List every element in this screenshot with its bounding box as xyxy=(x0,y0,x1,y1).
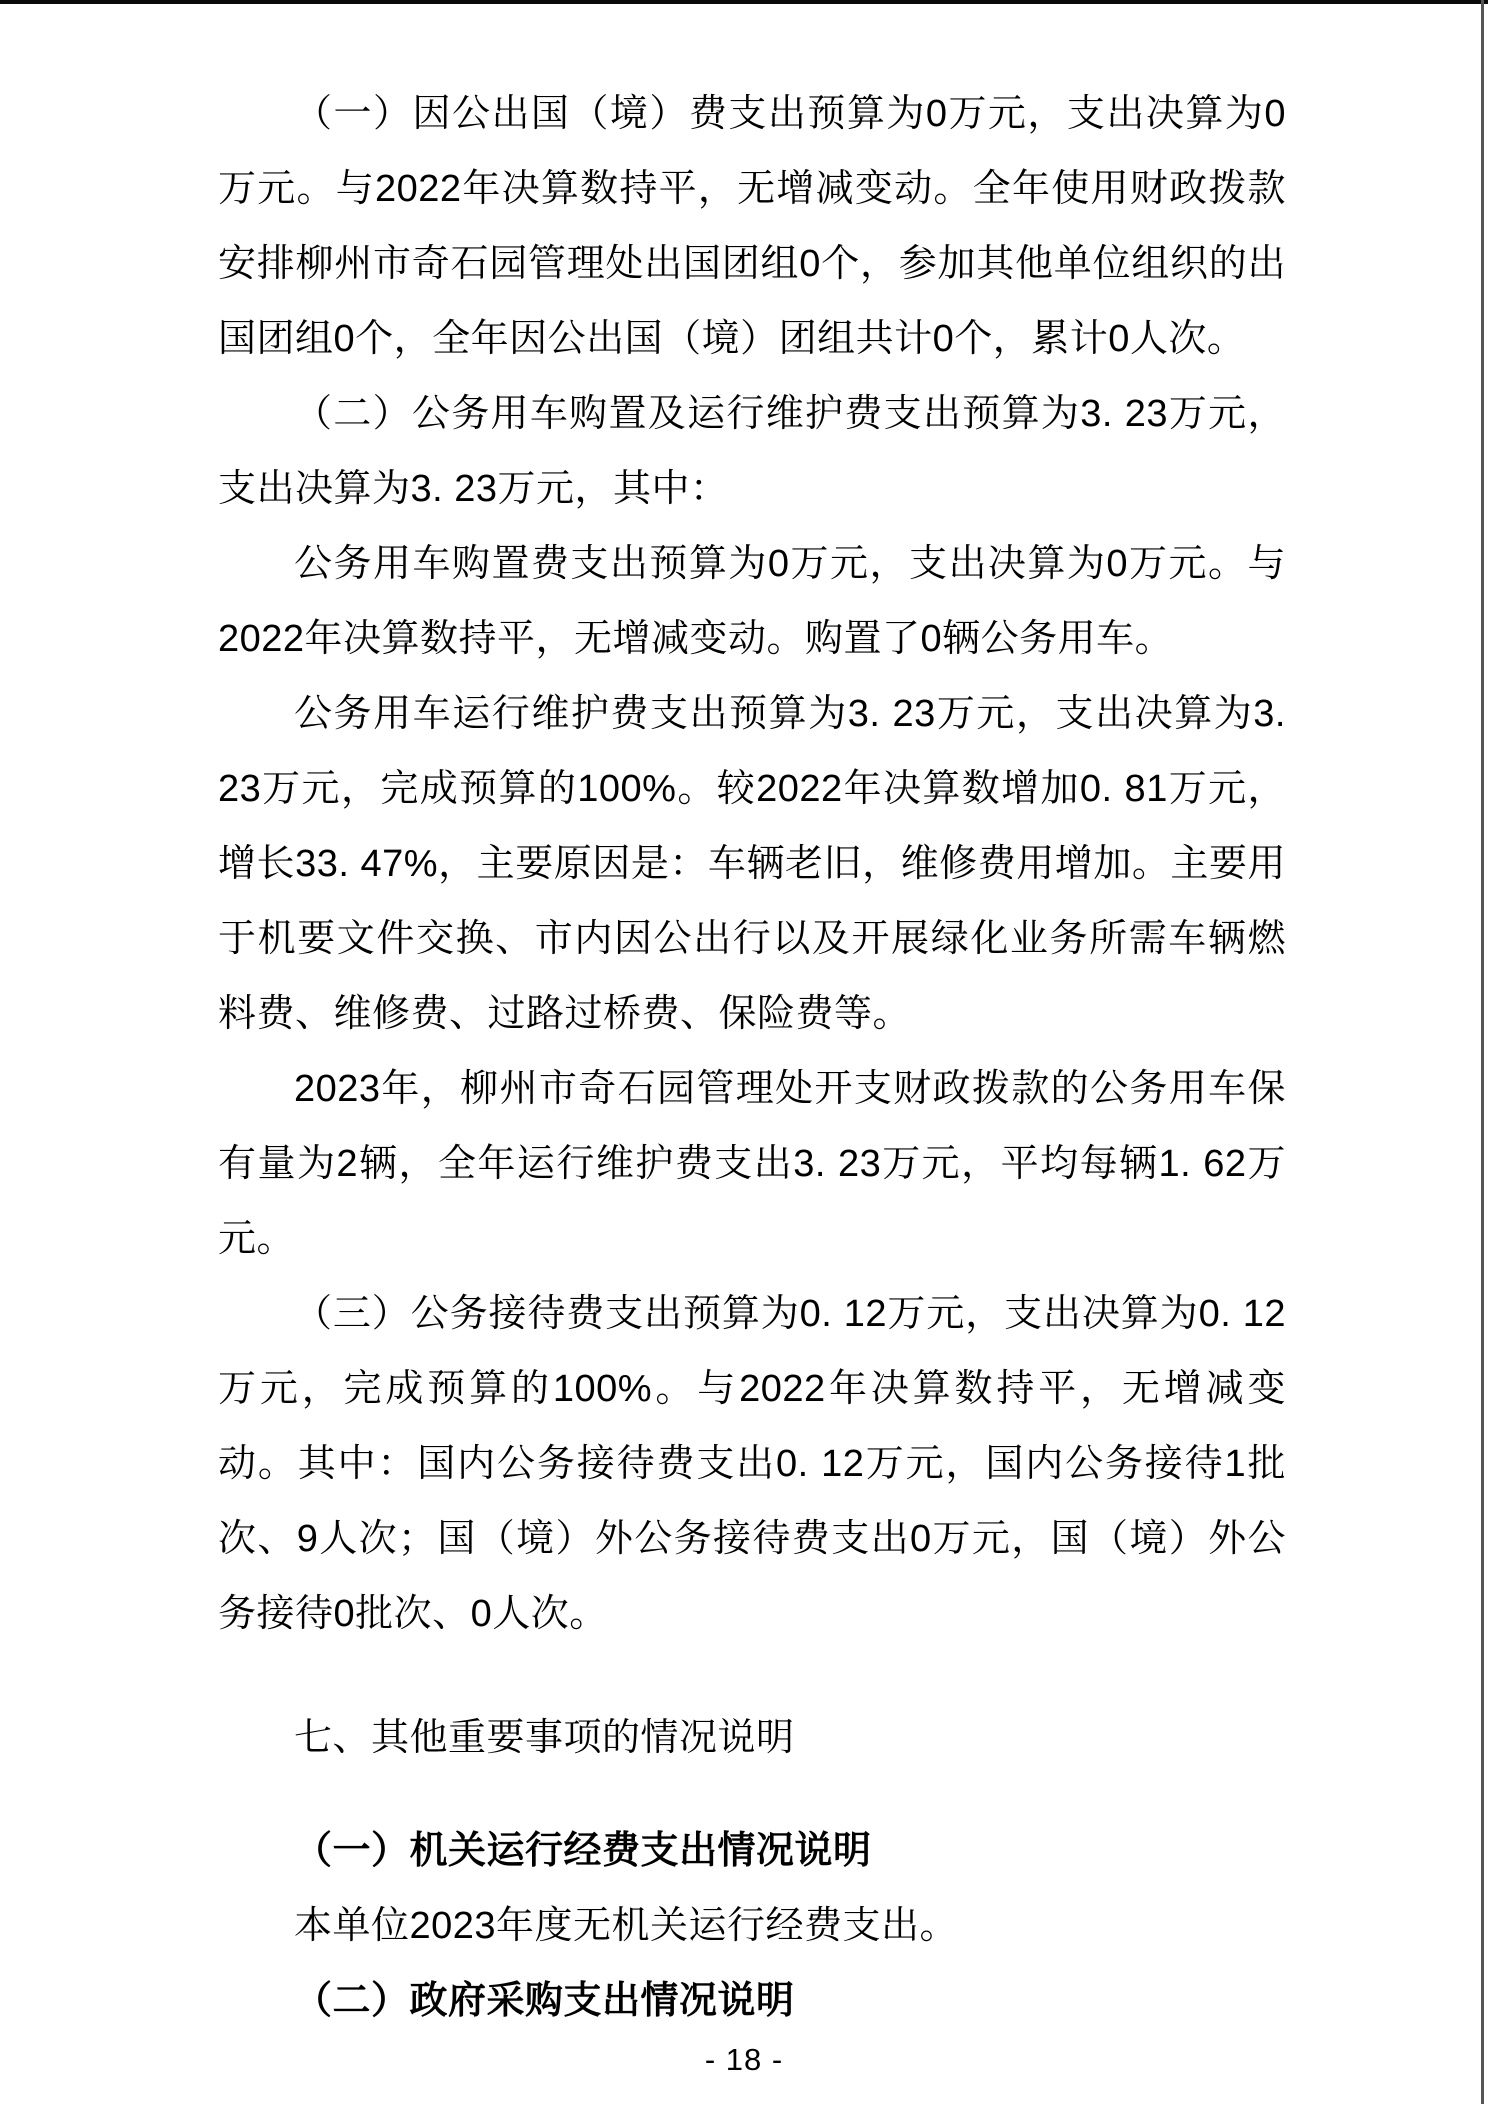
paragraph-vehicle-purchase-expense: 公务用车购置费支出预算为0万元，支出决算为0万元。与2022年决算数持平，无增减… xyxy=(218,527,1286,677)
paragraph-vehicle-maintenance-expense: 公务用车运行维护费支出预算为3. 23万元，支出决算为3. 23万元，完成预算的… xyxy=(218,677,1286,1052)
paragraph-official-vehicle-total: （二）公务用车购置及运行维护费支出预算为3. 23万元，支出决算为3. 23万元… xyxy=(218,377,1286,527)
scan-top-edge-artifact xyxy=(0,0,1488,4)
document-body: （一）因公出国（境）费支出预算为0万元，支出决算为0万元。与2022年决算数持平… xyxy=(218,77,1286,2039)
section-heading-other-important-matters: 七、其他重要事项的情况说明 xyxy=(218,1701,1286,1776)
paragraph-no-agency-operating-expense: 本单位2023年度无机关运行经费支出。 xyxy=(218,1889,1286,1964)
paragraph-overseas-travel-expense: （一）因公出国（境）费支出预算为0万元，支出决算为0万元。与2022年决算数持平… xyxy=(218,77,1286,377)
paragraph-official-reception-expense: （三）公务接待费支出预算为0. 12万元，支出决算为0. 12万元，完成预算的1… xyxy=(218,1277,1286,1652)
paragraph-vehicle-fleet-summary: 2023年，柳州市奇石园管理处开支财政拨款的公务用车保有量为2辆，全年运行维护费… xyxy=(218,1052,1286,1277)
document-page: （一）因公出国（境）费支出预算为0万元，支出决算为0万元。与2022年决算数持平… xyxy=(0,0,1488,2104)
scan-right-edge-artifact xyxy=(1481,0,1484,2104)
page-number: - 18 - xyxy=(0,2040,1488,2080)
subheading-government-procurement: （二）政府采购支出情况说明 xyxy=(218,1964,1286,2039)
subheading-agency-operating-expense: （一）机关运行经费支出情况说明 xyxy=(218,1814,1286,1889)
